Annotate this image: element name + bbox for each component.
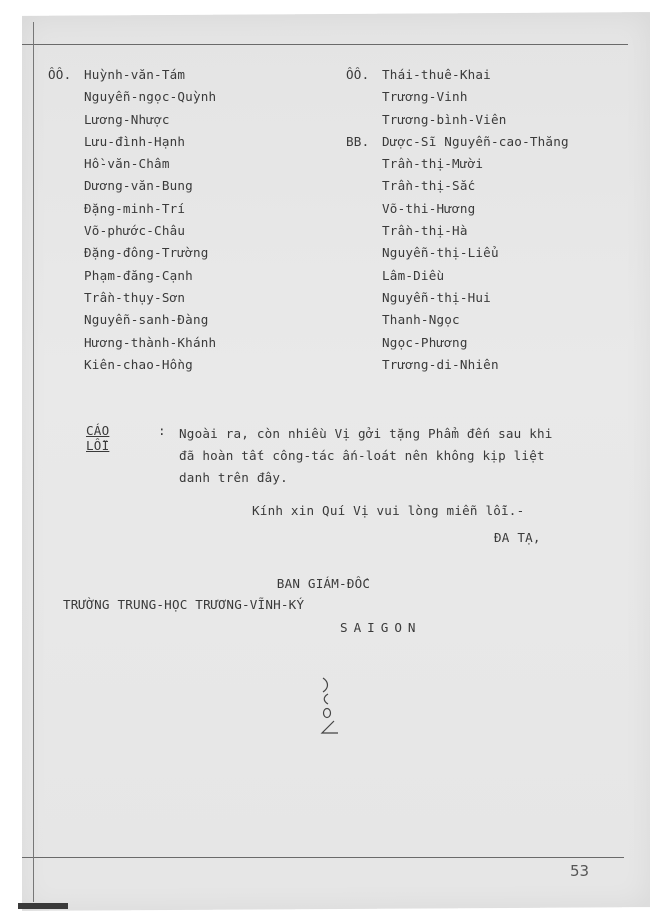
ornament-flourish-icon	[320, 676, 340, 736]
apology-label: CÁO LỖI	[86, 423, 109, 453]
donor-prefix	[346, 309, 382, 331]
donor-prefix	[48, 131, 84, 153]
donor-row: Nguyễn-thị-Hui	[346, 287, 569, 309]
donor-prefix	[48, 220, 84, 242]
donor-row: Trương-bình-Viên	[346, 109, 569, 131]
donor-row: Nguyễn-thị-Liểu	[346, 242, 569, 264]
donor-row: ÔÔ.Huỳnh-văn-Tám	[48, 64, 216, 86]
donor-name: Võ-thi-Hương	[382, 198, 475, 220]
donor-prefix: ÔÔ.	[346, 64, 382, 86]
donor-row: Phạm-đăng-Cạnh	[48, 265, 216, 287]
donor-row: Lưu-đình-Hạnh	[48, 131, 216, 153]
donor-row: Hồ-văn-Châm	[48, 153, 216, 175]
donor-name: Trần-thụy-Sơn	[84, 287, 185, 309]
donor-name: Lâm-Diều	[382, 265, 444, 287]
donor-row: Lâm-Diều	[346, 265, 569, 287]
donor-name: Trương-di-Nhiên	[382, 354, 499, 376]
donor-row: Nguyễn-ngọc-Quỳnh	[48, 86, 216, 108]
donor-name: Nguyễn-sanh-Đàng	[84, 309, 209, 331]
donor-name: Hương-thành-Khánh	[84, 332, 216, 354]
bottom-rule	[22, 857, 624, 858]
donor-name: Dương-văn-Bung	[84, 175, 193, 197]
donor-row: BB.Dược-Sĩ Nguyễn-cao-Thăng	[346, 131, 569, 153]
donor-row: Đặng-minh-Trí	[48, 198, 216, 220]
donor-row: Trương-Vinh	[346, 86, 569, 108]
donor-row: Hương-thành-Khánh	[48, 332, 216, 354]
donor-prefix	[48, 175, 84, 197]
donor-name: Đặng-đông-Trường	[84, 242, 209, 264]
donor-prefix	[346, 153, 382, 175]
page-number: 53	[570, 862, 589, 880]
donor-name: Trần-thị-Sắc	[382, 175, 475, 197]
donor-prefix	[48, 332, 84, 354]
donor-prefix	[48, 287, 84, 309]
apology-line: Ngoài ra, còn nhiều Vị gởi tặng Phẩm đến…	[179, 423, 619, 445]
signature-board: BAN GIÁM-ĐỐC	[0, 576, 653, 591]
donor-name: Nguyễn-ngọc-Quỳnh	[84, 86, 216, 108]
donor-row: Kiên-chao-Hồng	[48, 354, 216, 376]
closing-line: Kính xin Quí Vị vui lòng miễn lỗi.-	[252, 503, 524, 518]
donor-name: Nguyễn-thị-Hui	[382, 287, 491, 309]
donor-name: Dược-Sĩ Nguyễn-cao-Thăng	[382, 131, 569, 153]
donor-list-left: ÔÔ.Huỳnh-văn-TámNguyễn-ngọc-QuỳnhLương-N…	[48, 64, 216, 376]
donor-prefix	[48, 265, 84, 287]
donor-prefix	[346, 220, 382, 242]
donor-name: Lương-Nhược	[84, 109, 170, 131]
donor-prefix	[346, 265, 382, 287]
donor-prefix	[48, 86, 84, 108]
thanks-line: ĐA TẠ,	[494, 530, 541, 545]
donor-list-right: ÔÔ.Thái-thuê-KhaiTrương-VinhTrương-bình-…	[346, 64, 569, 376]
donor-row: Trần-thị-Hà	[346, 220, 569, 242]
donor-prefix	[48, 354, 84, 376]
donor-row: Võ-thi-Hương	[346, 198, 569, 220]
donor-name: Huỳnh-văn-Tám	[84, 64, 185, 86]
donor-prefix	[48, 242, 84, 264]
donor-name: Kiên-chao-Hồng	[84, 354, 193, 376]
donor-row: ÔÔ.Thái-thuê-Khai	[346, 64, 569, 86]
donor-row: Lương-Nhược	[48, 109, 216, 131]
signature-city: SAIGON	[340, 620, 422, 635]
donor-prefix	[346, 86, 382, 108]
donor-row: Dương-văn-Bung	[48, 175, 216, 197]
donor-prefix	[346, 198, 382, 220]
donor-row: Đặng-đông-Trường	[48, 242, 216, 264]
donor-name: Trần-thị-Mười	[382, 153, 483, 175]
donor-row: Võ-phước-Châu	[48, 220, 216, 242]
signature-school: TRƯỜNG TRUNG-HỌC TRƯƠNG-VĨNH-KÝ	[63, 597, 583, 612]
donor-name: Lưu-đình-Hạnh	[84, 131, 185, 153]
donor-prefix: ÔÔ.	[48, 64, 84, 86]
donor-row: Trương-di-Nhiên	[346, 354, 569, 376]
donor-prefix	[48, 109, 84, 131]
donor-name: Đặng-minh-Trí	[84, 198, 185, 220]
apology-colon: :	[158, 423, 166, 438]
donor-name: Thái-thuê-Khai	[382, 64, 491, 86]
donor-name: Võ-phước-Châu	[84, 220, 185, 242]
apology-text: Ngoài ra, còn nhiều Vị gởi tặng Phẩm đến…	[179, 423, 619, 489]
donor-prefix	[346, 332, 382, 354]
donor-row: Ngọc-Phương	[346, 332, 569, 354]
apology-line: đã hoàn tất công-tác ấn-loát nên không k…	[179, 445, 619, 467]
donor-name: Nguyễn-thị-Liểu	[382, 242, 499, 264]
donor-row: Trần-thụy-Sơn	[48, 287, 216, 309]
donor-row: Trần-thị-Mười	[346, 153, 569, 175]
donor-name: Hồ-văn-Châm	[84, 153, 170, 175]
donor-prefix	[48, 198, 84, 220]
top-rule	[22, 44, 628, 45]
donor-name: Trần-thị-Hà	[382, 220, 468, 242]
donor-name: Thanh-Ngọc	[382, 309, 460, 331]
donor-name: Trương-Vinh	[382, 86, 468, 108]
donor-prefix	[346, 354, 382, 376]
apology-line: danh trên đây.	[179, 467, 619, 489]
donor-row: Thanh-Ngọc	[346, 309, 569, 331]
page-edge-shadow	[18, 903, 68, 909]
donor-row: Nguyễn-sanh-Đàng	[48, 309, 216, 331]
donor-name: Ngọc-Phương	[382, 332, 468, 354]
donor-prefix: BB.	[346, 131, 382, 153]
donor-row: Trần-thị-Sắc	[346, 175, 569, 197]
donor-prefix	[346, 287, 382, 309]
donor-prefix	[346, 109, 382, 131]
donor-prefix	[48, 309, 84, 331]
donor-prefix	[48, 153, 84, 175]
donor-prefix	[346, 175, 382, 197]
donor-prefix	[346, 242, 382, 264]
donor-name: Phạm-đăng-Cạnh	[84, 265, 193, 287]
donor-name: Trương-bình-Viên	[382, 109, 507, 131]
left-margin-rule	[33, 22, 34, 902]
